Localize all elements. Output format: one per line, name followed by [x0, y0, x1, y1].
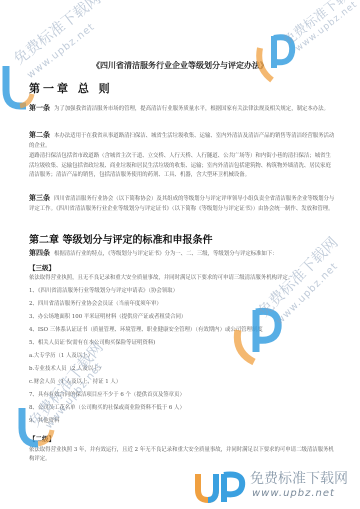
document-page: 《四川省清洁服务行业企业等级划分与评定办法》 第一章 总 则 第一条为了加强我省… — [0, 0, 360, 509]
article-label: 第一条 — [29, 104, 50, 112]
article-3: 第三条四川省清洁服务行业协会（以下简称协会）及其组成的等级划分与评定评审领导小组… — [29, 194, 335, 214]
chapter-1-heading: 第一章 总 则 — [29, 80, 113, 96]
level-2-heading: 【二级】 — [29, 434, 55, 443]
article-label: 第四条 — [29, 249, 50, 257]
article-text: 根据清洁行业的特点，《等级划分与评定证书》分为一、二、三级，等级划分与评定标准如… — [54, 251, 278, 257]
list-item: 4、ISO 三体系认证证书（质量管理、环境管理、职业健康安全管理）（有效期内）或… — [29, 326, 339, 334]
level-2-intro: 依法取得营业执照 3 年，并有效运行，且近 2 年无不良记录和重大安全质量事故，… — [29, 446, 335, 464]
article-text: 道路清扫保洁包括省市政道路（含城省主次干道、立交桥、人行天桥、人行隧道、公共广场… — [29, 153, 331, 178]
footer-brand-text: 免费标准下载网 — [250, 468, 348, 488]
article-text: 为了加强我省清洁服务市场的管理，提高清洁行业服务质量水平，根据国家有关法律法规及… — [54, 106, 329, 112]
list-item: 9、其他资料 — [29, 417, 339, 425]
up-logo-icon — [192, 470, 248, 504]
article-label: 第三条 — [29, 194, 50, 202]
list-item: 8、公司员工花名单（公司购买的社保或商业险资料不低于 6 人） — [29, 404, 339, 412]
article-2-detail: 道路清扫保洁包括省市政道路（含城省主次干道、立交桥、人行天桥、人行隧道、公共广场… — [29, 152, 335, 181]
chapter-2-heading: 第二章 等级划分与评定的标准和申报条件 — [29, 231, 212, 246]
article-2: 第二条本办法适用于在我省从事道路清扫保洁、城省生活垃圾收集、运输、室内外清洁及清… — [29, 131, 335, 151]
article-1: 第一条为了加强我省清洁服务市场的管理，提高清洁行业服务质量水平，根据国家有关法律… — [29, 104, 335, 115]
article-label: 第二条 — [29, 131, 50, 139]
list-item: 5、相关人员证书(需有在本公司购买保险等证明资料) — [29, 339, 339, 347]
footer-url-text: www.upbz.net — [252, 488, 335, 499]
level-3-heading: 【三级】 — [29, 263, 55, 272]
footer-brand-logo: 免费标准下载网 www.upbz.net — [192, 468, 360, 508]
article-text: 本办法适用于在我省从事道路清扫保洁、城省生活垃圾收集、运输、室内外清洁及清洁产品… — [29, 133, 334, 149]
article-4: 第四条根据清洁行业的特点，《等级划分与评定证书》分为一、二、三级，等级划分与评定… — [29, 249, 335, 260]
article-text: 四川省清洁服务行业协会（以下简称协会）及其组成的等级划分与评定评审领导小组负责全… — [29, 196, 334, 212]
